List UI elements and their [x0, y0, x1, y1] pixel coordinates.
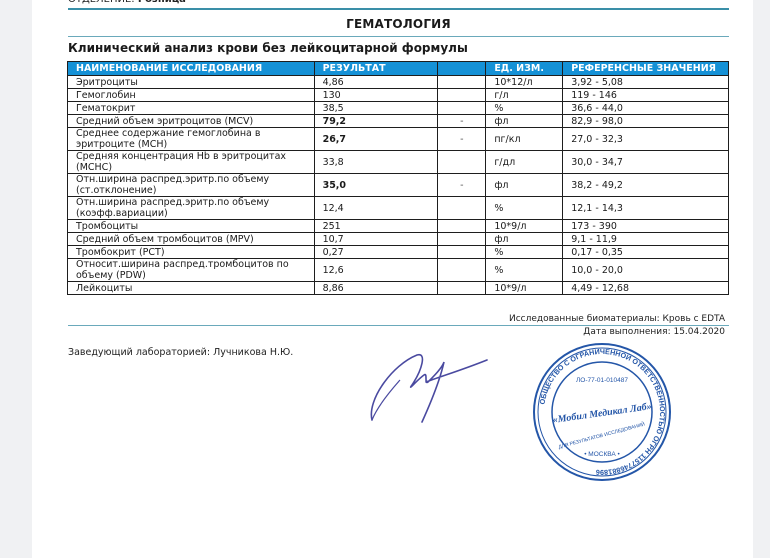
svg-text:• МОСКВА •: • МОСКВА •: [584, 451, 620, 458]
test-name: Гемоглобин: [68, 89, 315, 102]
test-name: Средний объем тромбоцитов (MPV): [68, 233, 315, 246]
unit: г/дл: [486, 151, 563, 174]
test-name: Тромбоциты: [68, 220, 315, 233]
reference-range: 38,2 - 49,2: [563, 174, 729, 197]
svg-text:«Мобил Медикал Лаб»: «Мобил Медикал Лаб»: [552, 401, 652, 426]
column-header-result: РЕЗУЛЬТАТ: [314, 62, 438, 76]
test-name: Гематокрит: [68, 102, 315, 115]
reference-range: 173 - 390: [563, 220, 729, 233]
abnormal-flag: [438, 259, 486, 282]
result-value: 38,5: [314, 102, 438, 115]
result-value: 12,6: [314, 259, 438, 282]
result-value: 12,4: [314, 197, 438, 220]
department-value: Розница: [138, 0, 186, 5]
test-name: Средний объем эритроцитов (MCV): [68, 115, 315, 128]
results-table: НАИМЕНОВАНИЕ ИССЛЕДОВАНИЯ РЕЗУЛЬТАТ ЕД. …: [67, 61, 729, 295]
abnormal-flag: [438, 233, 486, 246]
result-value: 130: [314, 89, 438, 102]
result-value: 10,7: [314, 233, 438, 246]
result-value: 8,86: [314, 282, 438, 295]
section-title: ГЕМАТОЛОГИЯ: [68, 17, 729, 31]
table-row: Отн.ширина распред.эритр.по объему (коэф…: [68, 197, 729, 220]
unit: фл: [486, 115, 563, 128]
stamp-icon: ОБЩЕСТВО С ОГРАНИЧЕННОЙ ОТВЕТСТВЕННОСТЬЮ…: [532, 342, 672, 482]
test-name: Отн.ширина распред.эритр.по объему (ст.о…: [68, 174, 315, 197]
reference-range: 119 - 146: [563, 89, 729, 102]
table-header-row: НАИМЕНОВАНИЕ ИССЛЕДОВАНИЯ РЕЗУЛЬТАТ ЕД. …: [68, 62, 729, 76]
table-row: Лейкоциты8,8610*9/л4,49 - 12,68: [68, 282, 729, 295]
test-name: Относит.ширина распред.тромбоцитов по об…: [68, 259, 315, 282]
table-row: Отн.ширина распред.эритр.по объему (ст.о…: [68, 174, 729, 197]
unit: 10*9/л: [486, 220, 563, 233]
reference-range: 36,6 - 44,0: [563, 102, 729, 115]
signature-icon: [362, 340, 492, 430]
table-row: Средний объем тромбоцитов (MPV)10,7фл9,1…: [68, 233, 729, 246]
result-value: 4,86: [314, 76, 438, 89]
result-value: 35,0: [314, 174, 438, 197]
table-row: Тромбокрит (PCT)0,27%0,17 - 0,35: [68, 246, 729, 259]
result-value: 26,7: [314, 128, 438, 151]
test-name: Среднее содержание гемоглобина в эритроц…: [68, 128, 315, 151]
abnormal-flag: [438, 197, 486, 220]
table-row: Средний объем эритроцитов (MCV)79,2-фл82…: [68, 115, 729, 128]
unit: %: [486, 246, 563, 259]
reference-range: 82,9 - 98,0: [563, 115, 729, 128]
column-header-reference: РЕФЕРЕНСНЫЕ ЗНАЧЕНИЯ: [563, 62, 729, 76]
unit: 10*9/л: [486, 282, 563, 295]
abnormal-flag: [438, 246, 486, 259]
abnormal-flag: -: [438, 128, 486, 151]
test-name: Средняя концентрация Hb в эритроцитах (M…: [68, 151, 315, 174]
abnormal-flag: [438, 151, 486, 174]
abnormal-flag: [438, 89, 486, 102]
reference-range: 9,1 - 11,9: [563, 233, 729, 246]
lab-head: Заведующий лабораторией: Лучникова Н.Ю.: [68, 347, 293, 358]
unit: 10*12/л: [486, 76, 563, 89]
unit: %: [486, 102, 563, 115]
test-name: Отн.ширина распред.эритр.по объему (коэф…: [68, 197, 315, 220]
svg-text:ДЛЯ РЕЗУЛЬТАТОВ ИССЛЕДОВАНИЙ: ДЛЯ РЕЗУЛЬТАТОВ ИССЛЕДОВАНИЙ: [557, 420, 646, 451]
test-name: Эритроциты: [68, 76, 315, 89]
department-label: ОТДЕЛЕНИЕ:: [68, 0, 135, 5]
reference-range: 4,49 - 12,68: [563, 282, 729, 295]
test-name: Тромбокрит (PCT): [68, 246, 315, 259]
column-header-unit: ЕД. ИЗМ.: [486, 62, 563, 76]
abnormal-flag: [438, 220, 486, 233]
table-row: Тромбоциты25110*9/л173 - 390: [68, 220, 729, 233]
unit: г/л: [486, 89, 563, 102]
table-row: Гематокрит38,5%36,6 - 44,0: [68, 102, 729, 115]
department-line: ОТДЕЛЕНИЕ: Розница: [68, 0, 186, 5]
column-header-name: НАИМЕНОВАНИЕ ИССЛЕДОВАНИЯ: [68, 62, 315, 76]
reference-range: 30,0 - 34,7: [563, 151, 729, 174]
table-row: Эритроциты4,8610*12/л3,92 - 5,08: [68, 76, 729, 89]
unit: фл: [486, 174, 563, 197]
result-value: 251: [314, 220, 438, 233]
table-row: Среднее содержание гемоглобина в эритроц…: [68, 128, 729, 151]
reference-range: 3,92 - 5,08: [563, 76, 729, 89]
table-row: Средняя концентрация Hb в эритроцитах (M…: [68, 151, 729, 174]
document-page: ОТДЕЛЕНИЕ: Розница ГЕМАТОЛОГИЯ Клиническ…: [32, 0, 753, 558]
abnormal-flag: -: [438, 174, 486, 197]
reference-range: 12,1 - 14,3: [563, 197, 729, 220]
divider-section: [68, 36, 729, 37]
test-name: Лейкоциты: [68, 282, 315, 295]
analysis-title: Клинический анализ крови без лейкоцитарн…: [68, 41, 468, 55]
unit: %: [486, 197, 563, 220]
column-header-flag: [438, 62, 486, 76]
reference-range: 27,0 - 32,3: [563, 128, 729, 151]
unit: %: [486, 259, 563, 282]
abnormal-flag: [438, 76, 486, 89]
reference-range: 10,0 - 20,0: [563, 259, 729, 282]
reference-range: 0,17 - 0,35: [563, 246, 729, 259]
completion-date: Дата выполнения: 15.04.2020: [583, 327, 725, 337]
divider-footer: [68, 325, 729, 326]
svg-text:ЛО-77-01-010487: ЛО-77-01-010487: [576, 377, 628, 384]
unit: пг/кл: [486, 128, 563, 151]
table-row: Относит.ширина распред.тромбоцитов по об…: [68, 259, 729, 282]
result-value: 79,2: [314, 115, 438, 128]
abnormal-flag: -: [438, 115, 486, 128]
abnormal-flag: [438, 282, 486, 295]
unit: фл: [486, 233, 563, 246]
divider-top: [68, 8, 729, 10]
abnormal-flag: [438, 102, 486, 115]
table-row: Гемоглобин130г/л119 - 146: [68, 89, 729, 102]
biomaterial-note: Исследованные биоматериалы: Кровь с EDTA: [509, 314, 725, 324]
result-value: 0,27: [314, 246, 438, 259]
result-value: 33,8: [314, 151, 438, 174]
